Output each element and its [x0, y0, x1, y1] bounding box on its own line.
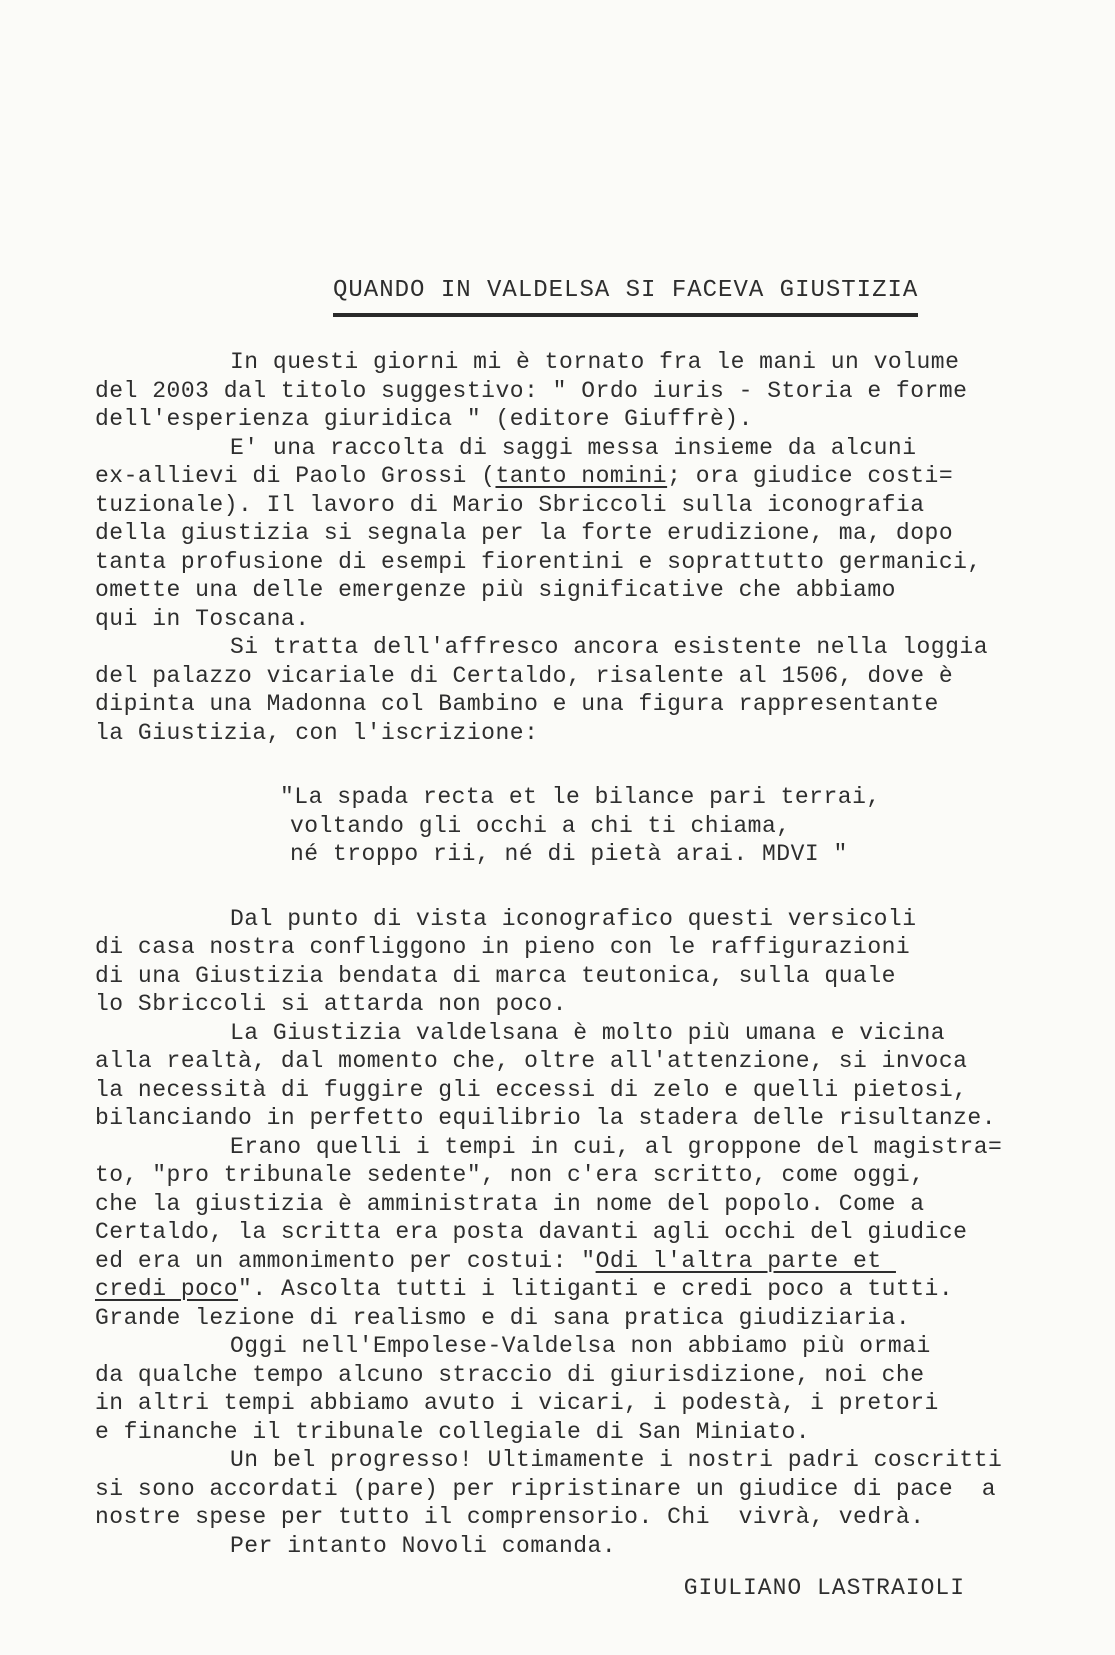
text-line: lo Sbriccoli si attarda non poco. [95, 990, 1025, 1019]
text-line: tanta profusione di esempi fiorentini e … [95, 548, 1025, 577]
text-line: Dal punto di vista iconografico questi v… [95, 905, 1025, 934]
underlined-phrase: tanto nomini [495, 463, 667, 489]
text-line: La Giustizia valdelsana è molto più uman… [95, 1019, 1025, 1048]
text-line: qui in Toscana. [95, 605, 1025, 634]
text-line: si sono accordati (pare) per ripristinar… [95, 1475, 1025, 1504]
underlined-phrase: credi poco [95, 1276, 238, 1302]
text-line: Per intanto Novoli comanda. [95, 1532, 1025, 1561]
quote-line: né troppo rii, né di pietà arai. MDVI " [280, 840, 1025, 869]
page-title: QUANDO IN VALDELSA SI FACEVA GIUSTIZIA [333, 276, 918, 317]
text-line: Oggi nell'Empolese-Valdelsa non abbiamo … [95, 1332, 1025, 1361]
text-segment: ed era un ammonimento per costui: " [95, 1248, 596, 1274]
underlined-phrase: Odi l'altra parte et [596, 1248, 896, 1274]
quote-line: voltando gli occhi a chi ti chiama, [280, 812, 1025, 841]
text-line: alla realtà, dal momento che, oltre all'… [95, 1047, 1025, 1076]
text-line: Grande lezione di realismo e di sana pra… [95, 1304, 1025, 1333]
text-line: dipinta una Madonna col Bambino e una fi… [95, 690, 1025, 719]
text-segment: ; ora giudice costi= [667, 463, 953, 489]
author-signature: GIULIANO LASTRAIOLI [95, 1574, 1025, 1603]
text-line: e finanche il tribunale collegiale di Sa… [95, 1418, 1025, 1447]
text-line: del palazzo vicariale di Certaldo, risal… [95, 662, 1025, 691]
text-line: del 2003 dal titolo suggestivo: " Ordo i… [95, 377, 1025, 406]
text-line: tuzionale). Il lavoro di Mario Sbriccoli… [95, 491, 1025, 520]
text-line: Erano quelli i tempi in cui, al groppone… [95, 1133, 1025, 1162]
text-line: Si tratta dell'affresco ancora esistente… [95, 633, 1025, 662]
text-line: ed era un ammonimento per costui: "Odi l… [95, 1247, 1025, 1276]
document-body: In questi giorni mi è tornato fra le man… [95, 348, 1025, 1603]
text-line: E' una raccolta di saggi messa insieme d… [95, 434, 1025, 463]
text-line: to, "pro tribunale sedente", non c'era s… [95, 1161, 1025, 1190]
text-line: dell'esperienza giuridica " (editore Giu… [95, 405, 1025, 434]
text-line: in altri tempi abbiamo avuto i vicari, i… [95, 1389, 1025, 1418]
text-line: bilanciando in perfetto equilibrio la st… [95, 1104, 1025, 1133]
quote-line: "La spada recta et le bilance pari terra… [280, 783, 1025, 812]
text-line: che la giustizia è amministrata in nome … [95, 1190, 1025, 1219]
text-line: omette una delle emergenze più significa… [95, 576, 1025, 605]
text-line: ex-allievi di Paolo Grossi (tanto nomini… [95, 462, 1025, 491]
text-segment: ". Ascolta tutti i litiganti e credi poc… [238, 1276, 953, 1302]
text-line: Certaldo, la scritta era posta davanti a… [95, 1218, 1025, 1247]
scanned-typewritten-page: QUANDO IN VALDELSA SI FACEVA GIUSTIZIA I… [0, 0, 1115, 1655]
text-line: la necessità di fuggire gli eccessi di z… [95, 1076, 1025, 1105]
title-block: QUANDO IN VALDELSA SI FACEVA GIUSTIZIA [333, 276, 918, 317]
text-line: di una Giustizia bendata di marca teuton… [95, 962, 1025, 991]
text-line: credi poco". Ascolta tutti i litiganti e… [95, 1275, 1025, 1304]
text-line: la Giustizia, con l'iscrizione: [95, 719, 1025, 748]
text-line: Un bel progresso! Ultimamente i nostri p… [95, 1446, 1025, 1475]
text-line: da qualche tempo alcuno straccio di giur… [95, 1361, 1025, 1390]
text-line: nostre spese per tutto il comprensorio. … [95, 1503, 1025, 1532]
text-segment: ex-allievi di Paolo Grossi ( [95, 463, 495, 489]
text-line: di casa nostra confliggono in pieno con … [95, 933, 1025, 962]
text-line: In questi giorni mi è tornato fra le man… [95, 348, 1025, 377]
text-line: della giustizia si segnala per la forte … [95, 519, 1025, 548]
inscription-quote: "La spada recta et le bilance pari terra… [280, 783, 1025, 869]
